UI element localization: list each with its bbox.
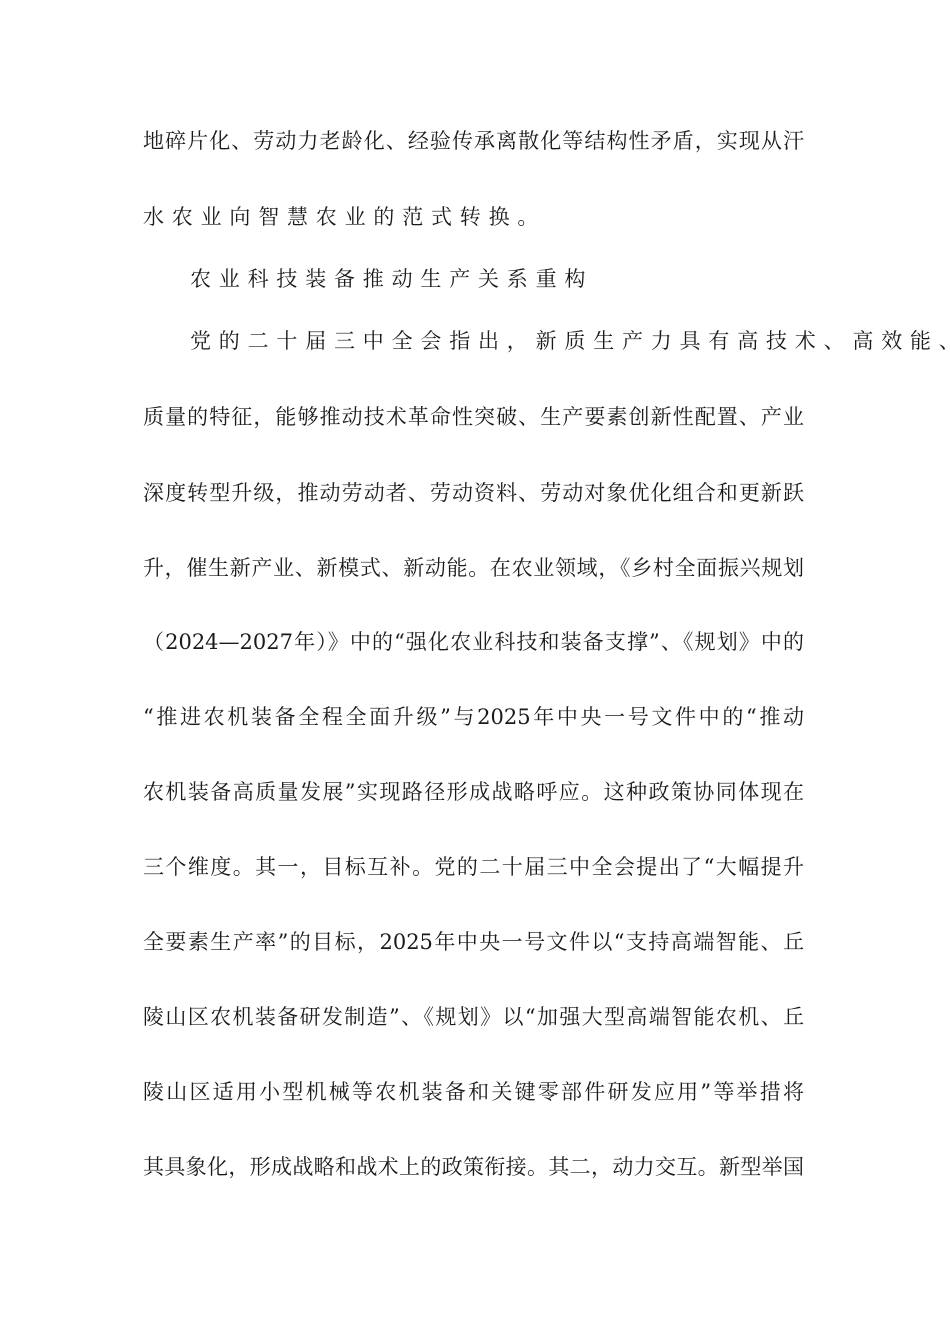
document-page: 地碎片化、劳动力老龄化、经验传承离散化等结构性矛盾，实现从汗 水农业向智慧农业的… <box>0 0 950 1344</box>
text-line: 三个维度。其一，目标互补。党的二十届三中全会提出了“大幅提升 <box>143 852 804 882</box>
text-line: 地碎片化、劳动力老龄化、经验传承离散化等结构性矛盾，实现从汗 <box>143 126 804 156</box>
text-line: 全要素生产率”的目标，2025年中央一号文件以“支持高端智能、丘 <box>143 927 804 957</box>
text-line: 其具象化，形成战略和战术上的政策衔接。其二，动力交互。新型举国 <box>143 1152 804 1182</box>
text-line: 深度转型升级，推动劳动者、劳动资料、劳动对象优化组合和更新跃 <box>143 478 804 508</box>
text-line: 农机装备高质量发展”实现路径形成战略呼应。这种政策协同体现在 <box>143 777 804 807</box>
text-line: 陵山区农机装备研发制造”、《规划》以“加强大型高端智能农机、丘 <box>143 1002 804 1032</box>
text-line: 升，催生新产业、新模式、新动能。在农业领域，《乡村全面振兴规划 <box>143 553 804 583</box>
paragraph-first-line: 党的二十届三中全会指出，新质生产力具有高技术、高效能、高 <box>190 326 950 356</box>
text-line: 质量的特征，能够推动技术革命性突破、生产要素创新性配置、产业 <box>143 402 804 432</box>
text-line: “推进农机装备全程全面升级”与2025年中央一号文件中的“推动 <box>143 702 804 732</box>
section-heading: 农业科技装备推动生产关系重构 <box>190 264 593 294</box>
text-line: 陵山区适用小型机械等农机装备和关键零部件研发应用”等举措将 <box>143 1077 804 1107</box>
text-line: （2024—2027年）》中的“强化农业科技和装备支撑”、《规划》中的 <box>143 627 804 657</box>
text-line: 水农业向智慧农业的范式转换。 <box>143 202 804 232</box>
